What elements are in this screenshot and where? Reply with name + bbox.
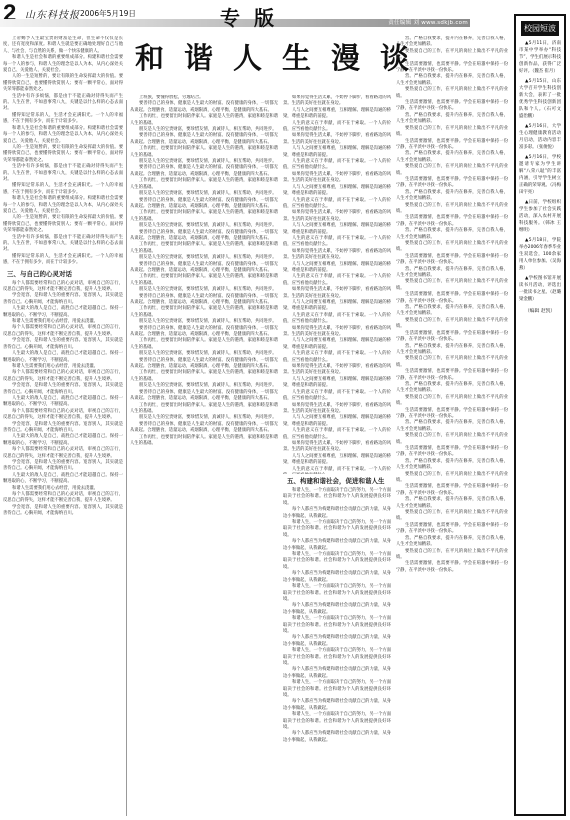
paragraph: 朋友是人生的宝贵财富，要珍惜友情，真诚待人，相互帮助，共同进步。 — [130, 255, 278, 261]
paragraph: 和谐人生是社会和谐的重要组成部分。构建和谐社会需要每一个人的参与，和谐人生的理念… — [3, 196, 123, 215]
paragraph: 朋友是人生的宝贵财富，要珍惜友情，真诚待人，相互帮助，共同进步。 — [130, 383, 278, 389]
paragraph: 懂得知足常乐的人，生活才会充满阳光。一个人的幸福感，不在于拥有多少，而在于计较多… — [3, 113, 123, 126]
paragraph: 营。严格自我要求，提升内在修养，完善自我人格，人生才会更加精彩。 — [396, 36, 508, 49]
paragraph: 每个人都需要经常和自己的心灵对话，审视自己的言行，反思自己的得失，这样才能不断完… — [3, 447, 123, 460]
paragraph: 营。严格自我要求，提升内在修养，完善自我人格，人生才会更加精彩。 — [396, 305, 508, 318]
paragraph: 生活需要激情，也需要平静。学会在喧嚣中保持一份宁静，在平淡中寻找一份快乐。 — [396, 446, 508, 459]
paragraph: 和谐人生，一个方面取决于自己的努力，另一个方面取决于社会的和谐。社会和谐为个人的… — [283, 616, 391, 635]
paragraph: 人生的意义在于奉献，而不在于索取。一个人的价值，应当看他贡献什么。 — [283, 428, 391, 441]
paragraph: 营。严格自我要求，提升内在修养，完善自我人格，人生才会更加精彩。 — [396, 536, 508, 549]
paragraph: 每个人都应当为构建和谐社会贡献自己的力量，从身边小事做起，从我做起。 — [283, 539, 391, 552]
paragraph: 和谐人生，一个方面取决于自己的努力，另一个方面取决于社会的和谐。社会和谐为个人的… — [283, 584, 391, 603]
paragraph: 要热爱自己的工作，在平凡的岗位上做出不平凡的业绩。 — [396, 126, 508, 139]
paragraph: 营。严格自我要求，提升内在修养，完善自我人格，人生才会更加精彩。 — [396, 459, 508, 472]
article-column-2: 上班族，要懂得放松，劳逸结合。 要善待自己的身体，健康是人生最大的财富。没有健康… — [130, 95, 278, 816]
paragraph: 人与人之间要互相尊重，互相理解。理解是沟通的桥梁，尊重是和谐的前提。 — [283, 223, 391, 236]
paragraph: 要善待自己的身体，健康是人生最大的财富。没有健康的身体，一切都无从谈起。合理膳食… — [130, 198, 278, 211]
paragraph: 每个人都应当为构建和谐社会贡献自己的力量，从身边小事做起，从我做起。 — [283, 507, 391, 520]
page-header: 2 山东科技报 2006年5月19日 专版 责任编辑 刘 www.sdkjb.c… — [0, 0, 470, 30]
paragraph: 人与人之间要互相尊重，互相理解。理解是沟通的桥梁，尊重是和谐的前提。 — [283, 262, 391, 275]
paragraph: 人与人之间要互相尊重，互相理解。理解是沟通的桥梁，尊重是和谐的前提。 — [283, 108, 391, 121]
paragraph: 营。严格自我要求，提升内在修养，完善自我人格，人生才会更加精彩。 — [396, 74, 508, 87]
paragraph: 营。严格自我要求，提升内在修养，完善自我人格，人生才会更加精彩。 — [396, 420, 508, 433]
paragraph: 营。严格自我要求，提升内在修养，完善自我人格，人生才会更加精彩。 — [396, 497, 508, 510]
paragraph: 要热爱自己的工作，在平凡的岗位上做出不平凡的业绩。 — [396, 49, 508, 62]
paragraph: 工作再忙，也要留出时间陪伴家人。家庭是人生的港湾，家庭和睦是和谐人生的基础。 — [130, 146, 278, 159]
paragraph: 要热爱自己的工作，在平凡的岗位上做出不平凡的业绩。 — [396, 241, 508, 254]
paragraph: 和谐人生，一个方面取决于自己的努力，另一个方面取决于社会的和谐。社会和谐为个人的… — [283, 488, 391, 507]
paragraph: 学会宽容，是和谐人生的重要内容。宽容别人，其实就是善待自己。心胸开阔，才能海纳百… — [3, 383, 123, 396]
paragraph: 人生的意义在于奉献，而不在于索取。一个人的价值，应当看他贡献什么。 — [283, 351, 391, 364]
paragraph: 生活中有许多烦恼，都是由于不能正确对待得失而产生的。人生在世，不如意事常八九，关… — [3, 164, 123, 183]
paragraph: 人与人之间要互相尊重，互相理解。理解是沟通的桥梁，尊重是和谐的前提。 — [283, 454, 391, 467]
paragraph: 要热爱自己的工作，在平凡的岗位上做出不平凡的业绩。 — [396, 164, 508, 177]
paragraph: 生活中有许多烦恼，都是由于不能正确对待得失而产生的。人生在世，不如意事常八九，关… — [3, 94, 123, 113]
paragraph: 朋友是人生的宝贵财富，要珍惜友情，真诚待人，相互帮助，共同进步。 — [130, 223, 278, 229]
paragraph: 生活需要激情，也需要平静。学会在喧嚣中保持一份宁静，在平淡中寻找一份快乐。 — [396, 331, 508, 344]
news-brief: ▲5月15日，山东大学召开学生科技创新大会，表彰了一批优秀学生科技创新团队和个人… — [519, 78, 561, 120]
paragraph: 工作再忙，也要留出时间陪伴家人。家庭是人生的港湾，家庭和睦是和谐人生的基础。 — [130, 178, 278, 191]
article-column-1: 上帝赐予人生最宝贵的财富是生命，但生命不仅仅是长度，还有宽度和深度。和谐人生就是… — [3, 36, 123, 816]
paragraph: 工作再忙，也要留出时间陪伴家人。家庭是人生的港湾，家庭和睦是和谐人生的基础。 — [130, 210, 278, 223]
paragraph: 要善待自己的身体，健康是人生最大的财富。没有健康的身体，一切都无从谈起。合理膳食… — [130, 262, 278, 275]
paragraph: 营。严格自我要求，提升内在修养，完善自我人格，人生才会更加精彩。 — [396, 151, 508, 164]
article-column-4: 营。严格自我要求，提升内在修养，完善自我人格，人生才会更加精彩。 要热爱自己的工… — [396, 36, 508, 816]
paragraph: 要热爱自己的工作，在平凡的岗位上做出不平凡的业绩。 — [396, 203, 508, 216]
paragraph: 生活需要激情，也需要平静。学会在喧嚣中保持一份宁静，在平淡中寻找一份快乐。 — [396, 177, 508, 190]
paragraph: 人与人之间要互相尊重，互相理解。理解是沟通的桥梁，尊重是和谐的前提。 — [283, 146, 391, 159]
section-title: 专版 — [220, 2, 288, 31]
paragraph: 懂得知足常乐的人，生活才会充满阳光。一个人的幸福感，不在于拥有多少，而在于计较多… — [3, 254, 123, 267]
paragraph: 每个人都应当为构建和谐社会贡献自己的力量，从身边小事做起，从我做起。 — [283, 667, 391, 680]
paragraph: 每个人都需要经常和自己的心灵对话，审视自己的言行，反思自己的得失，这样才能不断完… — [3, 409, 123, 422]
paragraph: 如果你觉得生活太累，不妨停下脚步，看看路边的风景。生活的美好往往就在身边。 — [283, 403, 391, 416]
article-title: 和谐人生漫谈 — [135, 36, 429, 77]
paragraph: 生活需要激情，也需要平静。学会在喧嚣中保持一份宁静，在平淡中寻找一份快乐。 — [396, 254, 508, 267]
news-brief: ▲5月16日，学校邀请专家为学生讲解“八荣八耻”的丰富内涵，引导学生树立正确的荣… — [519, 154, 561, 196]
paragraph: 朋友是人生的宝贵财富，要珍惜友情，真诚待人，相互帮助，共同进步。 — [130, 351, 278, 357]
paragraph: 人的一生是短暂的，要让有限的生命发挥最大的价值。要懂得欣赏自己，也要懂得欣赏别人… — [3, 145, 123, 164]
paragraph: 要善待自己的身体，健康是人生最大的财富。没有健康的身体，一切都无从谈起。合理膳食… — [130, 326, 278, 339]
paragraph: 人与人之间要互相尊重，互相理解。理解是沟通的桥梁，尊重是和谐的前提。 — [283, 185, 391, 198]
paragraph: 要热爱自己的工作，在平凡的岗位上做出不平凡的业绩。 — [396, 279, 508, 292]
paragraph: 生活需要激情，也需要平静。学会在喧嚣中保持一份宁静，在平淡中寻找一份快乐。 — [396, 484, 508, 497]
paragraph: 人生的意义在于奉献，而不在于索取。一个人的价值，应当看他贡献什么。 — [283, 390, 391, 403]
paragraph: 工作再忙，也要留出时间陪伴家人。家庭是人生的港湾，家庭和睦是和谐人生的基础。 — [130, 403, 278, 416]
paragraph: 要善待自己的身体，健康是人生最大的财富。没有健康的身体，一切都无从谈起。合理膳食… — [130, 294, 278, 307]
paragraph: 每个人都需要经常和自己的心灵对话，审视自己的言行，反思自己的得失，这样才能不断完… — [3, 281, 123, 294]
paragraph: 和谐人生，一个方面取决于自己的努力，另一个方面取决于社会的和谐。社会和谐为个人的… — [283, 712, 391, 731]
paragraph: 要热爱自己的工作，在平凡的岗位上做出不平凡的业绩。 — [396, 87, 508, 100]
paragraph: 每个人都应当为构建和谐社会贡献自己的力量，从身边小事做起，从我做起。 — [283, 603, 391, 616]
paragraph: 要热爱自己的工作，在平凡的岗位上做出不平凡的业绩。 — [396, 433, 508, 446]
paragraph: 人生的意义在于奉献，而不在于索取。一个人的价值，应当看他贡献什么。 — [283, 159, 391, 172]
paragraph: 人与人之间要互相尊重，互相理解。理解是沟通的桥梁，尊重是和谐的前提。 — [283, 377, 391, 390]
paragraph: 如果你觉得生活太累，不妨停下脚步，看看路边的风景。生活的美好往往就在身边。 — [283, 364, 391, 377]
editor-credit: 责任编辑 刘 www.sdkjb.com — [388, 19, 468, 27]
paragraph: 朋友是人生的宝贵财富，要珍惜友情，真诚待人，相互帮助，共同进步。 — [130, 287, 278, 293]
paragraph: 要善待自己的身体，健康是人生最大的财富。没有健康的身体，一切都无从谈起。合理膳食… — [130, 230, 278, 243]
paragraph: 人生最大的敌人是自己，战胜自己才能超越自己。保持一颗进取的心，不断学习，不断提高… — [3, 351, 123, 364]
paragraph: 如果你觉得生活太累，不妨停下脚步，看看路边的风景。生活的美好往往就在身边。 — [283, 172, 391, 185]
paragraph: 要热爱自己的工作，在平凡的岗位上做出不平凡的业绩。 — [396, 549, 508, 562]
paragraph: 朋友是人生的宝贵财富，要珍惜友情，真诚待人，相互帮助，共同进步。 — [130, 191, 278, 197]
paragraph: 要善待自己的身体，健康是人生最大的财富。没有健康的身体，一切都无从谈起。合理膳食… — [130, 422, 278, 435]
paragraph: 营。严格自我要求，提升内在修养，完善自我人格，人生才会更加精彩。 — [396, 267, 508, 280]
paragraph: 要热爱自己的工作，在平凡的岗位上做出不平凡的业绩。 — [396, 318, 508, 331]
paragraph: 如果你觉得生活太累，不妨停下脚步，看看路边的风景。生活的美好往往就在身边。 — [283, 287, 391, 300]
paragraph: 人生最大的敌人是自己，战胜自己才能超越自己。保持一颗进取的心，不断学习，不断提高… — [3, 434, 123, 447]
paragraph: 工作再忙，也要留出时间陪伴家人。家庭是人生的港湾，家庭和睦是和谐人生的基础。 — [130, 435, 278, 448]
paragraph: 懂得知足常乐的人，生活才会充满阳光。一个人的幸福感，不在于拥有多少，而在于计较多… — [3, 183, 123, 196]
paragraph: 和谐人生，一个方面取决于自己的努力，另一个方面取决于社会的和谐。社会和谐为个人的… — [283, 680, 391, 699]
paragraph: 每个人都应当为构建和谐社会贡献自己的力量，从身边小事做起，从我做起。 — [283, 571, 391, 584]
paragraph: 人生的意义在于奉献，而不在于索取。一个人的价值，应当看他贡献什么。 — [283, 121, 391, 134]
paragraph: 学会宽容，是和谐人生的重要内容。宽容别人，其实就是善待自己。心胸开阔，才能海纳百… — [3, 422, 123, 435]
paragraph: 每个人都应当为构建和谐社会贡献自己的力量，从身边小事做起，从我做起。 — [283, 731, 391, 744]
paragraph: 要热爱自己的工作，在平凡的岗位上做出不平凡的业绩。 — [396, 395, 508, 408]
news-brief: ▲日前，学校组织学生参加了社会实践活动，深入农村开展科技服务。（韩冰 王继明） — [519, 199, 561, 234]
column-divider — [126, 100, 127, 816]
paragraph: 人生最大的敌人是自己，战胜自己才能超越自己。保持一颗进取的心，不断学习，不断提高… — [3, 306, 123, 319]
paragraph: 人生的意义在于奉献，而不在于索取。一个人的价值，应当看他贡献什么。 — [283, 198, 391, 211]
paragraph: 每个人都应当为构建和谐社会贡献自己的力量，从身边小事做起，从我做起。 — [283, 635, 391, 648]
paragraph: 和谐人生是社会和谐的重要组成部分。构建和谐社会需要每一个人的参与，和谐人生的理念… — [3, 126, 123, 145]
paragraph: 工作再忙，也要留出时间陪伴家人。家庭是人生的港湾，家庭和睦是和谐人生的基础。 — [130, 114, 278, 127]
paragraph: 和谐人生是社会和谐的重要组成部分。构建和谐社会需要每一个人的参与，和谐人生的理念… — [3, 55, 123, 74]
paragraph: 要善待自己的身体，健康是人生最大的财富。没有健康的身体，一切都无从谈起。合理膳食… — [130, 358, 278, 371]
paragraph: 生活需要激情，也需要平静。学会在喧嚣中保持一份宁静，在平淡中寻找一份快乐。 — [396, 369, 508, 382]
paragraph: 营。严格自我要求，提升内在修养，完善自我人格，人生才会更加精彩。 — [396, 344, 508, 357]
paragraph: 如果你觉得生活太累，不妨停下脚步，看看路边的风景。生活的美好往往就在身边。 — [283, 249, 391, 262]
paragraph: 如果你觉得生活太累，不妨停下脚步，看看路边的风景。生活的美好往往就在身边。 — [283, 326, 391, 339]
article-lead: 上帝赐予人生最宝贵的财富是生命，但生命不仅仅是长度，还有宽度和深度。和谐人生就是… — [3, 36, 123, 55]
paragraph: 每个人都需要经常和自己的心灵对话，审视自己的言行，反思自己的得失，这样才能不断完… — [3, 325, 123, 338]
paragraph: 每个人都需要经常和自己的心灵对话，审视自己的言行，反思自己的得失，这样才能不断完… — [3, 492, 123, 505]
paragraph: 人与人之间要互相尊重，互相理解。理解是沟通的桥梁，尊重是和谐的前提。 — [283, 415, 391, 428]
paragraph: 营。严格自我要求，提升内在修养，完善自我人格，人生才会更加精彩。 — [396, 228, 508, 241]
paragraph: 人与人之间要互相尊重，互相理解。理解是沟通的桥梁，尊重是和谐的前提。 — [283, 300, 391, 313]
paragraph: 人生的意义在于奉献，而不在于索取。一个人的价值，应当看他贡献什么。 — [283, 236, 391, 249]
paragraph: 朋友是人生的宝贵财富，要珍惜友情，真诚待人，相互帮助，共同进步。 — [130, 319, 278, 325]
paragraph: 人生的意义在于奉献，而不在于索取。一个人的价值，应当看他贡献什么。 — [283, 313, 391, 326]
paragraph: 和谐人生，一个方面取决于自己的努力，另一个方面取决于社会的和谐。社会和谐为个人的… — [283, 648, 391, 667]
paragraph: 人生最大的敌人是自己，战胜自己才能超越自己。保持一颗进取的心，不断学习，不断提高… — [3, 473, 123, 486]
paragraph: 人的一生是短暂的，要让有限的生命发挥最大的价值。要懂得欣赏自己，也要懂得欣赏别人… — [3, 74, 123, 93]
paragraph: 营。严格自我要求，提升内在修养，完善自我人格，人生才会更加精彩。 — [396, 382, 508, 395]
paragraph: 朋友是人生的宝贵财富，要珍惜友情，真诚待人，相互帮助，共同进步。 — [130, 415, 278, 421]
paragraph: 生活需要激情，也需要平静。学会在喧嚣中保持一份宁静，在平淡中寻找一份快乐。 — [396, 292, 508, 305]
paragraph: 要热爱自己的工作，在平凡的岗位上做出不平凡的业绩。 — [396, 510, 508, 523]
paragraph: 生活需要激情，也需要平静。学会在喧嚣中保持一份宁静，在平淡中寻找一份快乐。 — [396, 139, 508, 152]
paragraph: 工作再忙，也要留出时间陪伴家人。家庭是人生的港湾，家庭和睦是和谐人生的基础。 — [130, 306, 278, 319]
campus-news-sidebar: 校园短波 ▲5月11日，济南市某中学举办“科技节”，学生们展示科技创新作品，获得… — [514, 14, 566, 816]
paragraph: 人的一生是短暂的，要让有限的生命发挥最大的价值。要懂得欣赏自己，也要懂得欣赏别人… — [3, 215, 123, 234]
paragraph: 生活需要激情，也需要平静。学会在喧嚣中保持一份宁静，在平淡中寻找一份快乐。 — [396, 408, 508, 421]
paragraph: 和谐人生，一个方面取决于自己的努力，另一个方面取决于社会的和谐。社会和谐为个人的… — [283, 552, 391, 571]
paragraph: 生活需要激情，也需要平静。学会在喧嚣中保持一份宁静，在平淡中寻找一份快乐。 — [396, 62, 508, 75]
news-brief: ▲学校图书馆开展读书月活动，评选出一批读书之星。（赵璐 梁金鹏） — [519, 275, 561, 303]
paragraph: 要热爱自己的工作，在平凡的岗位上做出不平凡的业绩。 — [396, 356, 508, 369]
news-brief: ▲5月18日，学院举办2006年春季毕业生双选会，100余家用人单位参加。（吴海… — [519, 237, 561, 272]
issue-date: 2006年5月19日 — [80, 8, 136, 19]
paragraph: 人与人之间要互相尊重，互相理解。理解是沟通的桥梁，尊重是和谐的前提。 — [283, 338, 391, 351]
paragraph: 要善待自己的身体，健康是人生最大的财富。没有健康的身体，一切都无从谈起。合理膳食… — [130, 101, 278, 114]
news-brief: ▲5月11日，济南市某中学举办“科技节”，学生们展示科技创新作品，获得广泛好评。… — [519, 40, 561, 75]
paragraph: 如果你觉得生活太累，不妨停下脚步，看看路边的风景。生活的美好往往就在身边。 — [283, 210, 391, 223]
paragraph: 工作再忙，也要留出时间陪伴家人。家庭是人生的港湾，家庭和睦是和谐人生的基础。 — [130, 370, 278, 383]
paragraph: 生活需要激情，也需要平静。学会在喧嚣中保持一份宁静，在平淡中寻找一份快乐。 — [396, 561, 508, 574]
paragraph: 每个人都需要经常和自己的心灵对话，审视自己的言行，反思自己的得失，这样才能不断完… — [3, 370, 123, 383]
paragraph: 生活需要激情，也需要平静。学会在喧嚣中保持一份宁静，在平淡中寻找一份快乐。 — [396, 100, 508, 113]
paragraph: 如果你觉得生活太累，不妨停下脚步，看看路边的风景。生活的美好往往就在身边。 — [283, 441, 391, 454]
paragraph: 生活中有许多烦恼，都是由于不能正确对待得失而产生的。人生在世，不如意事常八九，关… — [3, 235, 123, 254]
paragraph: 学会宽容，是和谐人生的重要内容。宽容别人，其实就是善待自己。心胸开阔，才能海纳百… — [3, 505, 123, 518]
paragraph: 要善待自己的身体，健康是人生最大的财富。没有健康的身体，一切都无从谈起。合理膳食… — [130, 165, 278, 178]
paragraph: 每个人都应当为构建和谐社会贡献自己的力量，从身边小事做起，从我做起。 — [283, 699, 391, 712]
paragraph: 要热爱自己的工作，在平凡的岗位上做出不平凡的业绩。 — [396, 472, 508, 485]
paragraph: 要善待自己的身体，健康是人生最大的财富。没有健康的身体，一切都无从谈起。合理膳食… — [130, 133, 278, 146]
paragraph: 营。严格自我要求，提升内在修养，完善自我人格，人生才会更加精彩。 — [396, 190, 508, 203]
paragraph: 工作再忙，也要留出时间陪伴家人。家庭是人生的港湾，家庭和睦是和谐人生的基础。 — [130, 242, 278, 255]
paragraph: 工作再忙，也要留出时间陪伴家人。家庭是人生的港湾，家庭和睦是和谐人生的基础。 — [130, 274, 278, 287]
paragraph: 如果你觉得生活太累，不妨停下脚步，看看路边的风景。生活的美好往往就在身边。 — [283, 133, 391, 146]
paragraph: 生活需要激情，也需要平静。学会在喧嚣中保持一份宁静，在平淡中寻找一份快乐。 — [396, 215, 508, 228]
paragraph: 学会宽容，是和谐人生的重要内容。宽容别人，其实就是善待自己。心胸开阔，才能海纳百… — [3, 293, 123, 306]
paragraph: 人生最大的敌人是自己，战胜自己才能超越自己。保持一颗进取的心，不断学习，不断提高… — [3, 396, 123, 409]
news-brief: ▲5月16日，大学生心理健康教育活动月启动，活动内容丰富多彩。（张俊悦） — [519, 123, 561, 151]
paragraph: 学会宽容，是和谐人生的重要内容。宽容别人，其实就是善待自己。心胸开阔，才能海纳百… — [3, 460, 123, 473]
paragraph: 营。严格自我要求，提升内在修养，完善自我人格，人生才会更加精彩。 — [396, 113, 508, 126]
paragraph: 工作再忙，也要留出时间陪伴家人。家庭是人生的港湾，家庭和睦是和谐人生的基础。 — [130, 338, 278, 351]
paragraph: 人生的意义在于奉献，而不在于索取。一个人的价值，应当看他贡献什么。 — [283, 274, 391, 287]
paragraph: 学会宽容，是和谐人生的重要内容。宽容别人，其实就是善待自己。心胸开阔，才能海纳百… — [3, 338, 123, 351]
subheading: 五、构建和谐社会，促进和谐人生 — [283, 476, 391, 486]
sidebar-title: 校园短波 — [521, 21, 559, 36]
paragraph: 要善待自己的身体，健康是人生最大的财富。没有健康的身体，一切都无从谈起。合理膳食… — [130, 390, 278, 403]
subheading: 三、与自己的心灵对话 — [3, 269, 123, 279]
paragraph: 如果你觉得生活太累，不妨停下脚步，看看路边的风景。生活的美好往往就在身边。 — [283, 95, 391, 108]
paragraph: 和谐人生，一个方面取决于自己的努力，另一个方面取决于社会的和谐。社会和谐为个人的… — [283, 520, 391, 539]
article-column-3-lower: 五、构建和谐社会，促进和谐人生 和谐人生，一个方面取决于自己的努力，另一个方面取… — [283, 474, 391, 816]
paragraph: 生活需要激情，也需要平静。学会在喧嚣中保持一份宁静，在平淡中寻找一份快乐。 — [396, 523, 508, 536]
sidebar-editor: （编辑 赵凯） — [519, 307, 561, 314]
